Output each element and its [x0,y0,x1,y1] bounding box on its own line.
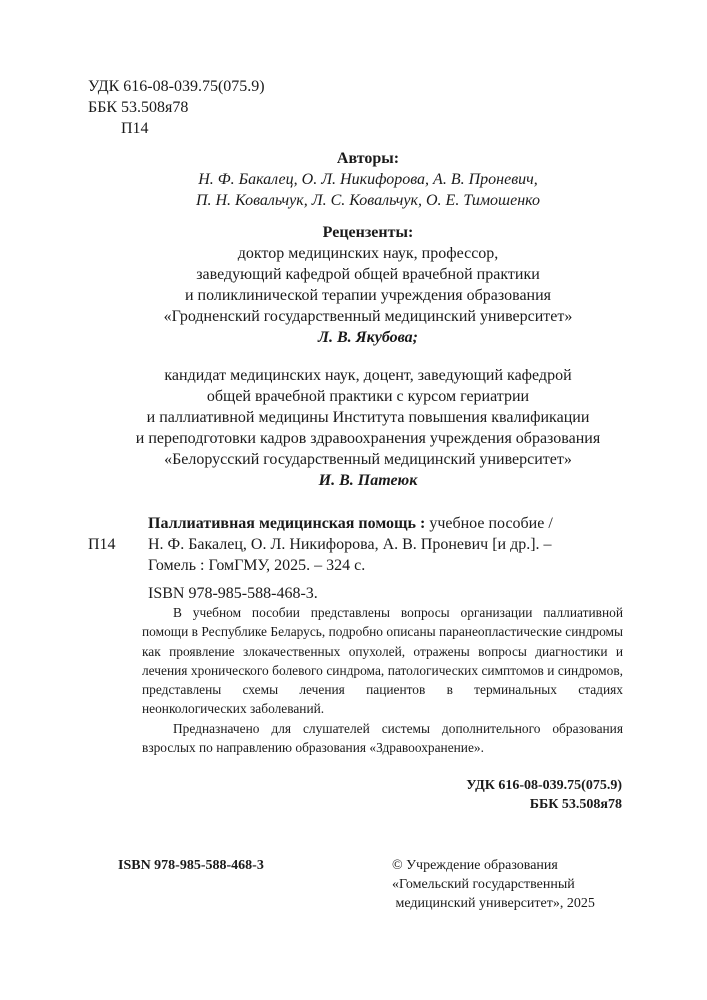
udk-code: УДК 616-08-039.75(075.9) [466,776,622,795]
book-title: Паллиативная медицинская помощь : [148,515,425,532]
reviewer-2-line: «Белорусский государственный медицинский… [100,449,636,470]
reviewer-1-line: и поликлинической терапии учреждения обр… [100,285,636,306]
reviewers-heading: Рецензенты: [100,222,636,243]
reviewer-2-line: и переподготовки кадров здравоохранения … [100,428,636,449]
book-authors: Н. Ф. Бакалец, О. Л. Никифорова, А. В. П… [148,534,552,555]
copyright: © Учреждение образования «Гомельский гос… [392,856,595,913]
author-mark: П14 [88,118,265,139]
reviewer-1-line: «Гродненский государственный медицинский… [100,306,636,327]
author-mark: П14 [88,534,116,555]
reviewer-1-name: Л. В. Якубова; [100,327,636,348]
reviewer-2-name: И. В. Патеюк [100,470,636,491]
book-imprint: Гомель : ГомГМУ, 2025. – 324 с. [148,555,365,576]
classification-codes-bottom: УДК 616-08-039.75(075.9) ББК 53.508я78 [466,776,622,814]
reviewer-2-section: кандидат медицинских наук, доцент, завед… [100,365,636,491]
reviewer-2-line: общей врачебной практики с курсом гериат… [100,386,636,407]
footer-isbn: ISBN 978-985-588-468-3 [118,856,264,875]
reviewer-2-line: кандидат медицинских наук, доцент, завед… [100,365,636,386]
authors-line: Н. Ф. Бакалец, О. Л. Никифорова, А. В. П… [100,169,636,190]
annotation-paragraph: В учебном пособии представлены вопросы о… [142,603,623,719]
book-subtitle: учебное пособие / [425,515,552,532]
reviewer-1-line: заведующий кафедрой общей врачебной прак… [100,264,636,285]
bibliographic-record: Паллиативная медицинская помощь : учебно… [88,513,628,604]
udk-code: УДК 616-08-039.75(075.9) [88,76,265,97]
reviewers-section: Рецензенты: доктор медицинских наук, про… [100,222,636,348]
book-isbn: ISBN 978-985-588-468-3. [148,583,318,604]
annotation: В учебном пособии представлены вопросы о… [142,603,623,757]
copyright-line: «Гомельский государственный [392,875,595,894]
authors-heading: Авторы: [100,148,636,169]
copyright-line: медицинский университет», 2025 [392,894,595,913]
annotation-paragraph: Предназначено для слушателей системы доп… [142,719,623,758]
authors-line: П. Н. Ковальчук, Л. С. Ковальчук, О. Е. … [100,190,636,211]
bbk-code: ББК 53.508я78 [88,97,265,118]
reviewer-2-line: и паллиативной медицины Института повыше… [100,407,636,428]
copyright-line: © Учреждение образования [392,856,595,875]
reviewer-1-line: доктор медицинских наук, профессор, [100,243,636,264]
bbk-code: ББК 53.508я78 [466,795,622,814]
book-title-line: Паллиативная медицинская помощь : учебно… [148,513,553,534]
classification-codes: УДК 616-08-039.75(075.9) ББК 53.508я78 П… [88,76,265,139]
authors-section: Авторы: Н. Ф. Бакалец, О. Л. Никифорова,… [100,148,636,211]
